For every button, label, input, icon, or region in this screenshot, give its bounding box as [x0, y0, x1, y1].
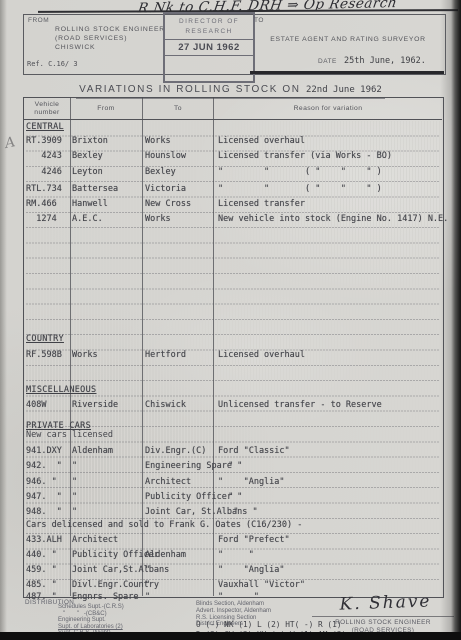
date-value: 25th June, 1962. [344, 56, 426, 66]
header-row-divider [23, 119, 442, 120]
title-printed-part: VARIATIONS IN ROLLING STOCK ON [79, 84, 300, 95]
date-label: DATE [318, 58, 337, 65]
scan-edge-right [451, 0, 461, 640]
column-header-to: To [144, 105, 212, 112]
title-typed-date: 22nd June 1962 [301, 85, 382, 95]
signatory-title: ROLLING STOCK ENGINEER [312, 619, 454, 626]
distribution-item: Schedules Supt.-(C.R.S) [58, 604, 132, 611]
column-divider [142, 97, 143, 596]
column-header-vehicle: Vehicle number [26, 101, 68, 117]
from-label: FROM [28, 17, 49, 24]
scanned-document: R.Nk to C.H.F. DRH ⇒ Op Research A FROM … [0, 0, 461, 640]
column-header-from: From [72, 105, 140, 112]
column-header-reason: Reason for variation [215, 105, 441, 112]
table-border [23, 97, 444, 598]
recipient-name: ESTATE AGENT AND RATING SURVEYOR [258, 36, 438, 43]
distribution-item: Blinds Section, Aldenham [196, 601, 271, 608]
signature-rule [312, 616, 454, 617]
received-date-stamp: DIRECTOR OF RESEARCH 27 JUN 1962 [163, 12, 255, 83]
stamp-office-name: DIRECTOR OF RESEARCH [165, 14, 253, 40]
paper-background: R.Nk to C.H.F. DRH ⇒ Op Research A FROM … [0, 0, 461, 640]
header-bottom-rule [250, 71, 444, 74]
column-divider [70, 97, 71, 596]
to-label: TO [254, 17, 264, 24]
signature: K. Shave [318, 591, 454, 616]
handwritten-margin-mark: A [3, 134, 16, 152]
distribution-item: " " -(CB&C) [58, 611, 132, 618]
distribution-item: Engineering Supt. [58, 617, 132, 624]
distribution-item: Supt. of Laboratories (2) [58, 624, 132, 631]
scan-edge-bottom [0, 632, 461, 640]
reference-number: Ref. C.16/ 3 [27, 60, 78, 68]
page-title: VARIATIONS IN ROLLING STOCK ON 22nd June… [0, 79, 461, 99]
column-divider [213, 97, 214, 596]
distribution-item: Advert. Inspector, Aldenham [196, 608, 271, 615]
stamp-date: 27 JUN 1962 [165, 40, 253, 56]
